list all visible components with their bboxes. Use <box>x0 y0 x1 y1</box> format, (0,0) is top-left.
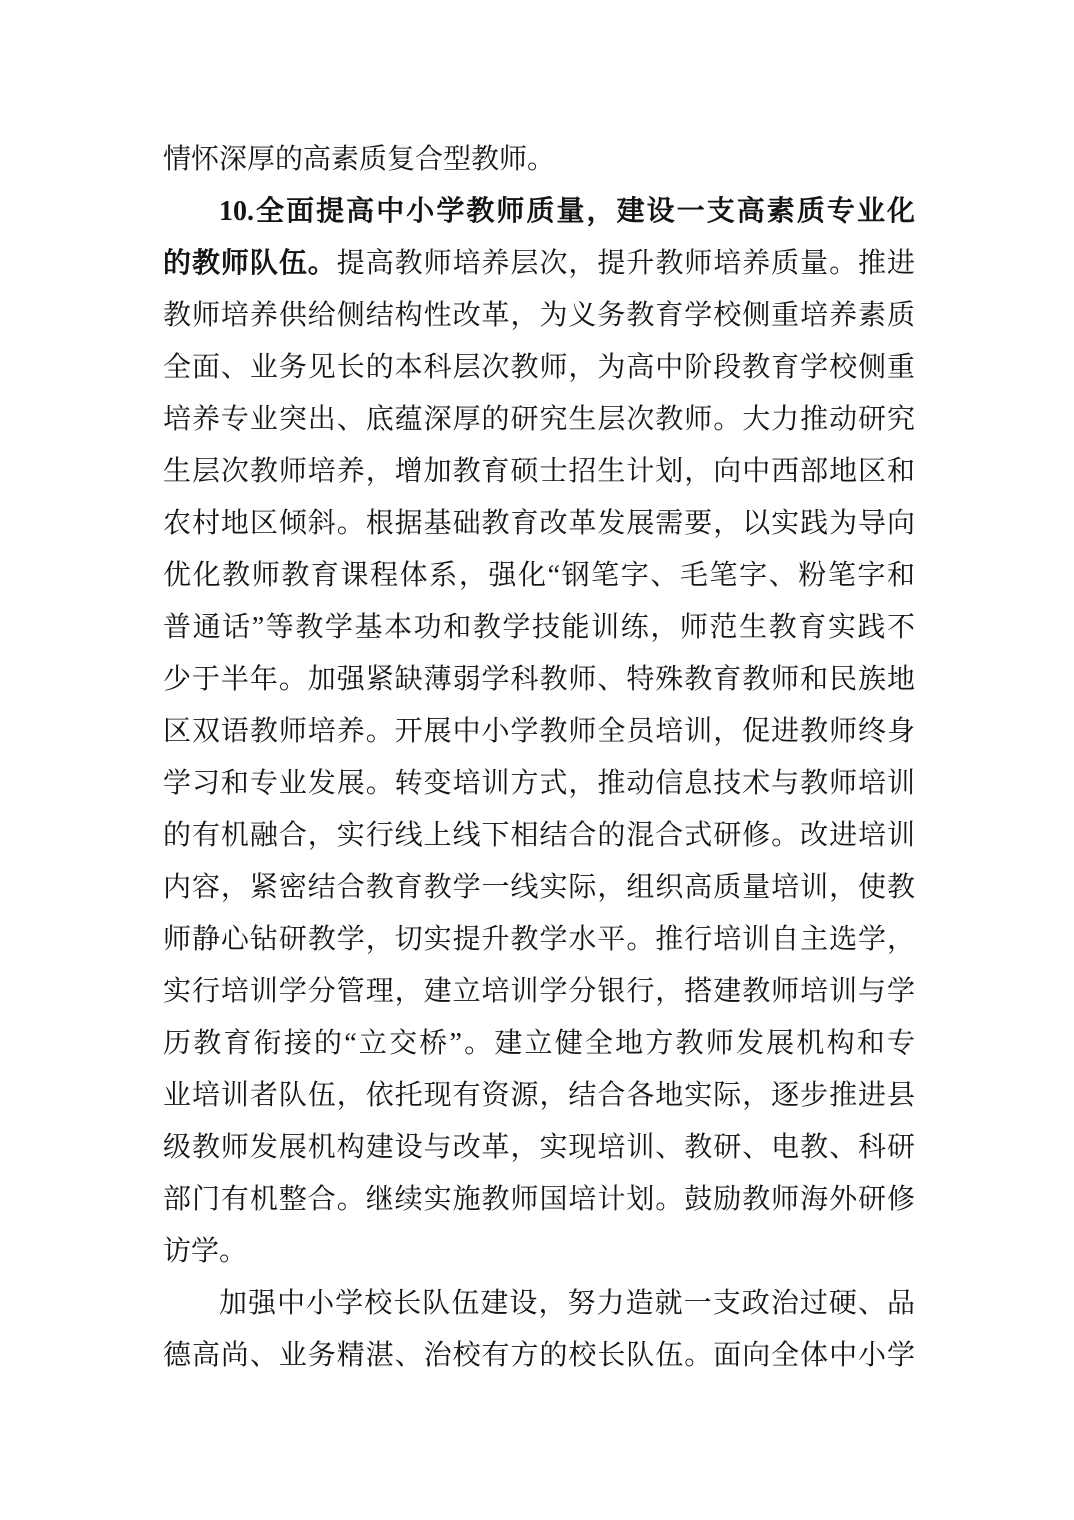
body-line: 级教师发展机构建设与改革，实现培训、教研、电教、科研 <box>163 1122 915 1174</box>
body-line: 部门有机整合。继续实施教师国培计划。鼓励教师海外研修 <box>163 1174 915 1226</box>
body-line: 生层次教师培养，增加教育硕士招生计划，向中西部地区和 <box>163 446 915 498</box>
body-line: 优化教师教育课程体系，强化“钢笔字、毛笔字、粉笔字和 <box>163 550 915 602</box>
body-line-paragraph-end: 访学。 <box>163 1226 915 1278</box>
body-line: 普通话”等教学基本功和教学技能训练，师范生教育实践不 <box>163 602 915 654</box>
continuation-paragraph-line: 情怀深厚的高素质复合型教师。 <box>163 134 915 186</box>
body-line: 业培训者队伍，依托现有资源，结合各地实际，逐步推进县 <box>163 1070 915 1122</box>
section-10-heading-bold-part: 的教师队伍。 <box>163 248 337 279</box>
principal-paragraph-line-1: 加强中小学校长队伍建设，努力造就一支政治过硬、品 <box>163 1278 915 1330</box>
document-page: 情怀深厚的高素质复合型教师。 10.全面提高中小学教师质量，建设一支高素质专业化… <box>0 0 1074 1520</box>
body-line: 学习和专业发展。转变培训方式，推动信息技术与教师培训 <box>163 758 915 810</box>
body-line: 历教育衔接的“立交桥”。建立健全地方教师发展机构和专 <box>163 1018 915 1070</box>
section-10-heading-line-1: 10.全面提高中小学教师质量，建设一支高素质专业化 <box>163 186 915 238</box>
body-line: 师静心钻研教学，切实提升教学水平。推行培训自主选学， <box>163 914 915 966</box>
body-line: 教师培养供给侧结构性改革，为义务教育学校侧重培养素质 <box>163 290 915 342</box>
body-line: 少于半年。加强紧缺薄弱学科教师、特殊教育教师和民族地 <box>163 654 915 706</box>
principal-paragraph-line-2: 德高尚、业务精湛、治校有方的校长队伍。面向全体中小学 <box>163 1330 915 1382</box>
body-line: 实行培训学分管理，建立培训学分银行，搭建教师培训与学 <box>163 966 915 1018</box>
section-10-heading-line-2: 的教师队伍。提高教师培养层次，提升教师培养质量。推进 <box>163 238 915 290</box>
section-10-body-start: 提高教师培养层次，提升教师培养质量。推进 <box>337 248 915 279</box>
body-line: 内容，紧密结合教育教学一线实际，组织高质量培训，使教 <box>163 862 915 914</box>
body-line: 培养专业突出、底蕴深厚的研究生层次教师。大力推动研究 <box>163 394 915 446</box>
body-line: 区双语教师培养。开展中小学教师全员培训，促进教师终身 <box>163 706 915 758</box>
body-line: 全面、业务见长的本科层次教师，为高中阶段教育学校侧重 <box>163 342 915 394</box>
body-line: 的有机融合，实行线上线下相结合的混合式研修。改进培训 <box>163 810 915 862</box>
body-line: 农村地区倾斜。根据基础教育改革发展需要，以实践为导向 <box>163 498 915 550</box>
